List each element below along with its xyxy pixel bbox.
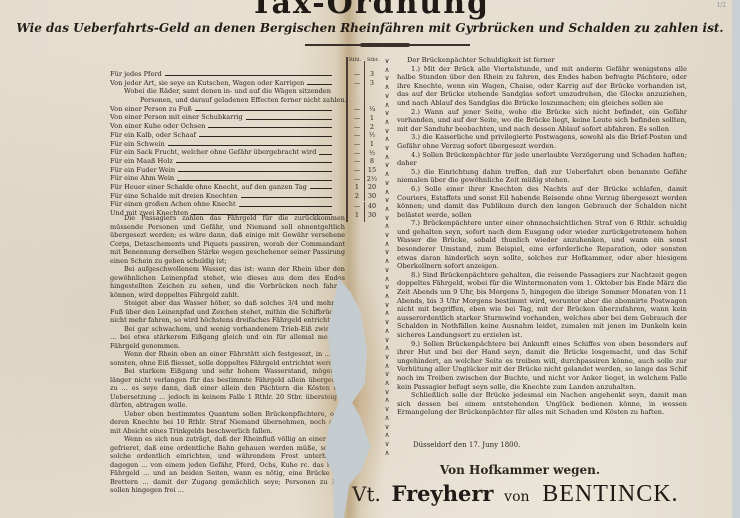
fee-amount-columns: Rthl. Stbr. — 3 — 3 — ¼ — 1 — 2 — ½ — 1 … [342, 57, 386, 202]
fee-row: Von einer Kuhe oder Ochsen [110, 122, 335, 131]
regulation-item: 1.) Mit der Brück alle Viertelstunde, un… [397, 65, 687, 108]
paper-edge [732, 0, 740, 518]
fee-row: Für eine Ahm Wein [110, 174, 335, 183]
column-rule [346, 57, 348, 202]
regulation-item: 8.) Sind Brückenpächtere gehalten, die r… [397, 271, 687, 340]
fee-row: Für ein Fuder Wein [110, 166, 335, 175]
regulation-item: 6.) Solle einer ihrer Knechten des Nacht… [397, 185, 687, 219]
fee-row: Für ein Kalb, oder Schaaf [110, 131, 335, 140]
fee-row: Von jeder Art, sie seye an Kutschen, Wag… [110, 79, 335, 88]
fee-row: Für Heuer einer Schalde ohne Knecht, auf… [110, 183, 335, 192]
fee-list: Für jedes Pferd Von jeder Art, sie seye … [110, 70, 335, 218]
regulation-item: 9.) Sollen Brückenpächtere bei Ankunft e… [397, 340, 687, 392]
regulation-item: 2.) Wann auf jener Seite, wohe die Brück… [397, 108, 687, 134]
right-regulations: Der Brückenpächter Schuldigkeit ist fern… [397, 56, 687, 417]
title-divider [305, 44, 470, 46]
fee-row: Wobei die Räder, samt denen in- und auf … [110, 87, 335, 96]
signature-name: BENTINCK. [542, 481, 678, 507]
document-title: Tax-Ordnung [0, 0, 740, 21]
fee-row: Für ein Sack Frucht, welcher ohne Gefähr… [110, 148, 335, 157]
regulation-item: Schließlich solle der Brücke jedesmal ei… [397, 391, 687, 417]
column-rule [346, 202, 348, 222]
paragraph: Die Passagiers zahlen das Fährgeld für d… [110, 214, 345, 265]
fee-row: Für einen großen Achen ohne Knecht [110, 200, 335, 209]
fee-row: Für eine Schalde mit dreien Knechten [110, 192, 335, 201]
signature: Vt. Freyherr von BENTINCK. [352, 481, 679, 508]
fee-row: Für ein Maaß Holz [110, 157, 335, 166]
header-rthlr: Rthl. [349, 57, 361, 63]
signature-von: von [504, 489, 529, 505]
document-subtitle: Wie das Ueberfahrts-Geld an denen Bergis… [0, 21, 740, 35]
issue-date: Düsseldorf den 17. Juny 1800. [413, 441, 520, 449]
fee-row: Für jedes Pferd [110, 70, 335, 79]
regulation-item: 5.) die Einrichtung dahin treffen, daß z… [397, 168, 687, 185]
fee-row: Personen, und darauf geladenen Effecten … [110, 96, 335, 105]
fee-row: Für ein Schwein [110, 140, 335, 149]
fee-row: Von einer Person zu Fuß [110, 105, 335, 114]
signature-title: Freyherr [392, 481, 494, 506]
section-heading: Der Brückenpächter Schuldigkeit ist fern… [397, 56, 687, 65]
regulation-item: 3.) die Kaiserliche und privilegierte Po… [397, 133, 687, 150]
header-stbr: Stbr. [367, 57, 379, 63]
regulation-item: 7.) Brückenpächtere unter einer ohnnachs… [397, 219, 687, 271]
fee-row: Von einer Person mit einer Schubkarrig [110, 113, 335, 122]
regulation-item: 4.) Sollen Brückenpächter für jede unerl… [397, 151, 687, 168]
fee-amount-columns-continued: — 40 1 30 [342, 202, 386, 222]
